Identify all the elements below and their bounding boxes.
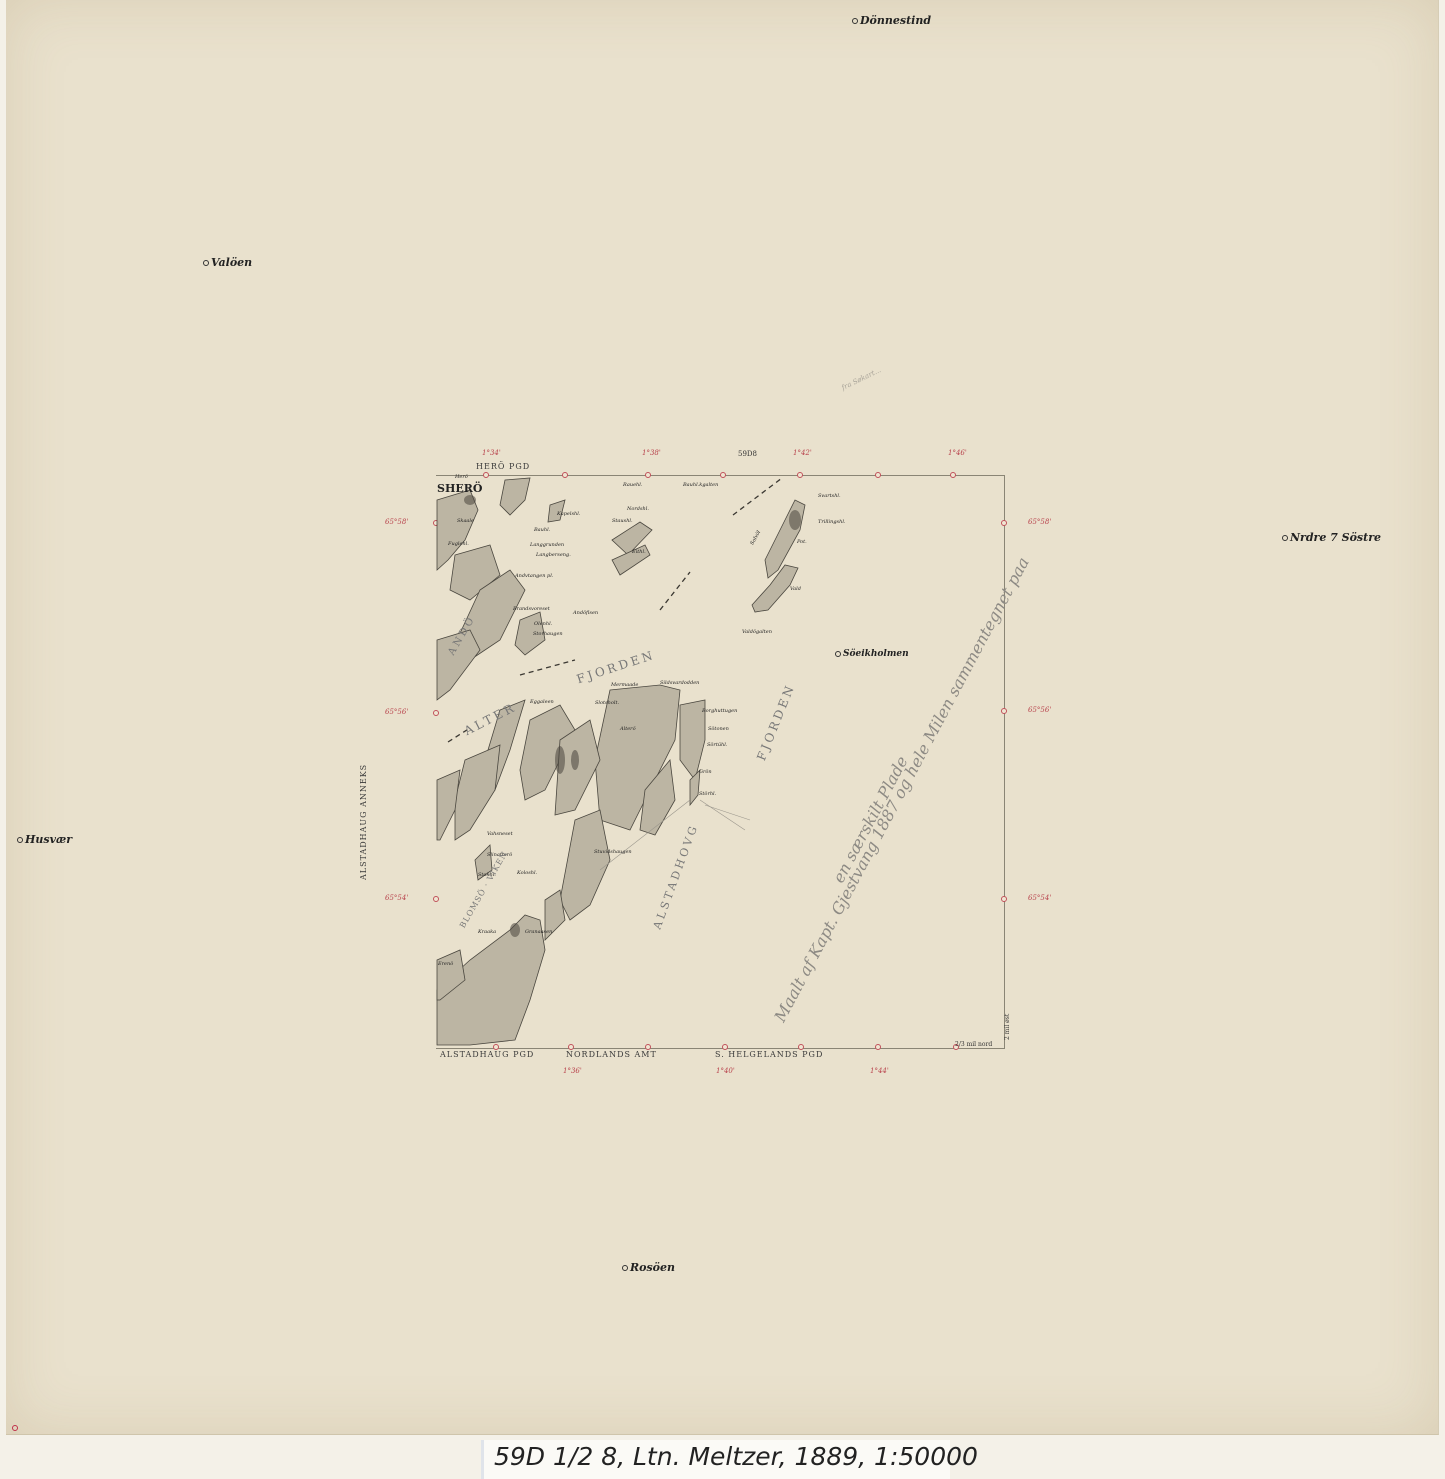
place-label: Langberseng. (536, 552, 571, 558)
place-label: Herö (455, 474, 468, 480)
place-label: Eithl. (632, 549, 646, 555)
place-label: Rauehl. (623, 482, 642, 488)
catalogue-label: 59D 1/2 8, Ltn. Meltzer, 1889, 1:50000 (481, 1440, 950, 1479)
place-label: Störhl. (699, 791, 716, 797)
place-label: Staushl. (612, 518, 633, 524)
place-label: Sötonen (708, 726, 729, 732)
place-label: Erenö (438, 961, 453, 967)
place-label: Andvtangen pl. (515, 573, 553, 579)
place-label: Bauhl.kgalten (683, 482, 718, 488)
place-label: Vahsneset (487, 831, 513, 837)
place-label: Fuglehl. (448, 541, 469, 547)
place-label: Eggaleen (530, 699, 554, 705)
place-label: Kraaka (478, 929, 496, 935)
place-label: Storhaugen (533, 631, 563, 637)
catalogue-label-text: 59D 1/2 8, Ltn. Meltzer, 1889, 1:50000 (494, 1442, 978, 1471)
place-soeikholmen: Söeikholmen (835, 649, 909, 659)
coastline-drawing (0, 0, 1445, 1479)
place-label: Svartshl. (818, 493, 841, 499)
place-label: Sildsvardodden (660, 680, 699, 686)
place-label-shero: SHERÖ (437, 482, 482, 495)
place-label: Nordshl. (627, 506, 649, 512)
place-label: Olenhl. (534, 621, 552, 627)
place-label: Skaale (457, 518, 474, 524)
corner-mark (12, 1425, 18, 1431)
place-label: Slotsholt. (595, 700, 619, 706)
place-label: Valdögalten (742, 629, 772, 635)
place-label: Vald (790, 586, 801, 592)
place-label: Stuvidshaugen (594, 849, 632, 855)
place-label: Sörtühl. (707, 742, 727, 748)
place-label: Granaasen (525, 929, 552, 935)
place-label: Trillingshl. (818, 519, 846, 525)
place-label: Andöflsen (573, 610, 598, 616)
place-label: Kapelshl. (557, 511, 580, 517)
place-label: Langgrunden (530, 542, 564, 548)
place-label: Borghuttugen (702, 708, 737, 714)
place-label: Pot. (797, 539, 807, 545)
place-label: Alterö (620, 726, 636, 732)
place-label: Bauhl. (534, 527, 550, 533)
place-label: Mermaade (611, 682, 638, 688)
place-label: Grön (699, 769, 712, 775)
place-label: Brandsvoreset (513, 606, 550, 612)
place-label: Koloshl. (517, 870, 537, 876)
